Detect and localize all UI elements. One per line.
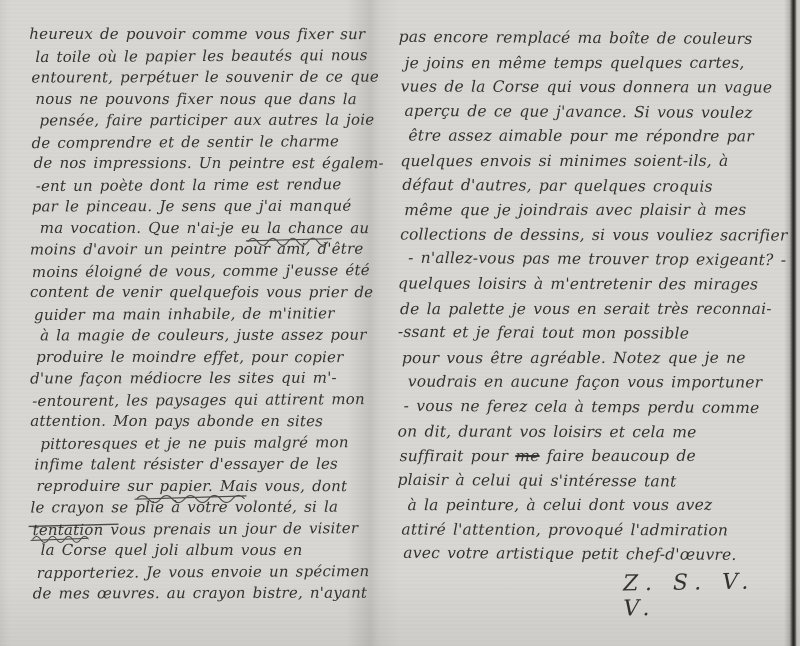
letter-scan: heureux de pouvoir comme vous fixer surl… bbox=[0, 0, 800, 646]
handwritten-line: de la palette je vous en serait très rec… bbox=[400, 296, 788, 321]
handwritten-line: quelques loisirs à m'entretenir des mira… bbox=[398, 271, 788, 297]
handwritten-text: suffirait pour bbox=[400, 447, 516, 465]
handwritten-line: vues de la Corse qui vous donnera un vag… bbox=[401, 75, 789, 101]
crossed-out-insertion bbox=[134, 492, 246, 504]
handwritten-line: collections de dessins, si vous vouliez … bbox=[400, 222, 788, 248]
handwritten-line: quelques envois si minimes soient-ils, à bbox=[400, 149, 788, 174]
crossed-out-insertion bbox=[246, 235, 332, 247]
handwritten-line: être assez aimable pour me répondre par bbox=[408, 124, 788, 150]
crossed-out-word-entraine bbox=[31, 532, 89, 544]
handwritten-line: suffirait pour me faire beaucoup de bbox=[400, 444, 788, 469]
handwritten-line: la toile où le papier les beautés qui no… bbox=[35, 44, 381, 68]
handwritten-line: - n'allez-vous pas me trouver trop exige… bbox=[408, 246, 788, 273]
handwritten-line: rapporteriez. Je vous envoie un spécimen bbox=[37, 560, 383, 584]
handwritten-line: pittoresques et je ne puis malgré mon bbox=[40, 431, 382, 455]
right-page-text: pas encore remplacé ma boîte de couleurs… bbox=[397, 25, 788, 567]
handwritten-line: attiré l'attention, provoqué l'admiratio… bbox=[401, 517, 787, 543]
handwritten-line: moins éloigné de vous, comme j'eusse été bbox=[32, 259, 382, 283]
handwritten-line: par le pinceau. Je sens que j'ai manqué bbox=[32, 196, 382, 218]
handwritten-line: pensée, faire participer aux autres la j… bbox=[39, 110, 381, 132]
handwritten-line: entourent, perpétuer le souvenir de ce q… bbox=[31, 67, 381, 89]
signature: Z. S. V. V. bbox=[623, 569, 788, 621]
handwritten-line: on dit, durant vos loisirs et cela me bbox=[398, 419, 788, 445]
scan-right-edge bbox=[784, 0, 800, 646]
handwritten-line: voudrais en aucune façon vous importuner bbox=[408, 370, 788, 396]
handwritten-line: nous ne pouvons fixer nous que dans la bbox=[35, 88, 381, 110]
handwritten-line: aperçu de ce que j'avance. Si vous voule… bbox=[404, 99, 788, 126]
handwritten-line: plaisir à celui qui s'intéresse tant bbox=[397, 467, 787, 494]
handwritten-line: heureux de pouvoir comme vous fixer sur bbox=[29, 24, 381, 46]
handwritten-line: avec votre artistique petit chef-d'œuvre… bbox=[403, 541, 787, 568]
handwritten-text: faire beaucoup de bbox=[540, 447, 696, 465]
handwritten-line: content de venir quelquefois vous prier … bbox=[30, 282, 382, 304]
handwritten-line: -ent un poète dont la rime est rendue bbox=[36, 173, 382, 197]
handwritten-line: -entourent, les paysages qui attirent mo… bbox=[32, 388, 382, 412]
handwritten-line: de comprendre et de sentir le charme bbox=[31, 130, 381, 154]
handwritten-line: même que je joindrais avec plaisir à mes bbox=[404, 198, 788, 223]
handwritten-line: -ssant et je ferai tout mon possible bbox=[398, 320, 788, 347]
handwritten-line: produire le moindre effet, pour copier bbox=[36, 346, 382, 368]
handwritten-line: pas encore remplacé ma boîte de couleurs bbox=[399, 25, 789, 52]
handwritten-line: guider ma main inhabile, de m'initier bbox=[34, 302, 382, 326]
handwritten-line: à la magie de couleurs, juste assez pour bbox=[40, 325, 382, 347]
handwritten-line: je joins en même temps quelques cartes, bbox=[405, 50, 789, 75]
tentation-strike bbox=[29, 522, 119, 528]
left-page-text: heureux de pouvoir comme vous fixer surl… bbox=[29, 24, 383, 605]
handwritten-line: pour vous être agréable. Notez que je ne bbox=[402, 346, 788, 371]
handwritten-line: d'une façon médiocre les sites qui m'- bbox=[30, 368, 382, 390]
letter-page-right: pas encore remplacé ma boîte de couleurs… bbox=[397, 25, 788, 567]
handwritten-line: défaut d'autres, par quelques croquis bbox=[402, 172, 788, 199]
handwritten-line: de nos impressions. Un peintre est égale… bbox=[34, 153, 382, 175]
handwritten-line: à la peinture, à celui dont vous avez bbox=[407, 493, 787, 518]
handwritten-line: attention. Mon pays abonde en sites bbox=[30, 411, 382, 433]
handwritten-line: infime talent résister d'essayer de les bbox=[34, 454, 382, 476]
handwritten-line: la Corse quel joli album vous en bbox=[41, 540, 383, 562]
crossed-out-word: me bbox=[515, 447, 539, 465]
handwritten-line: de mes œuvres. au crayon bistre, n'ayant bbox=[33, 583, 383, 605]
letter-page-left: heureux de pouvoir comme vous fixer surl… bbox=[29, 24, 383, 605]
handwritten-line: - vous ne ferez cela à temps perdu comme bbox=[404, 394, 788, 421]
